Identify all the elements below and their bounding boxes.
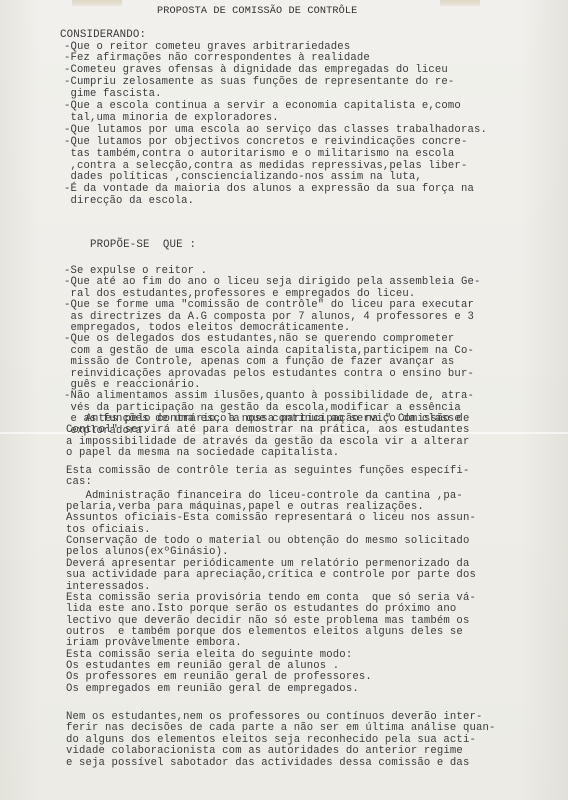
considerando-heading: CONSIDERANDO: [60,30,146,42]
text-line: -Cometeu graves ofensas à dignidade das … [64,65,448,77]
text-line: -Que a escola continua a servir a econom… [64,101,461,113]
propoe-heading: PROPÕE-SE QUE : [90,240,196,252]
text-line: -Cumpriu zelosamente as suas funções de … [64,77,454,89]
text-line: -Fez afirmações não correspondentes à re… [64,53,370,65]
text-line: o papel da mesma na sociedade capitalist… [66,448,339,460]
text-line: -É da vontade da maioria dos alunos a ex… [64,184,474,196]
text-line: -Que o reitor cometeu graves arbitraried… [64,42,350,54]
text-line: gime fascista. [64,89,162,101]
text-line: tal,uma minoria de exploradores. [64,113,279,125]
text-line: Os empregados em reunião geral de empreg… [66,684,359,696]
text-line: sua actividade para apreciação,crítica e… [66,570,476,582]
tape-mark-left [72,0,122,6]
document-title: PROPOSTA DE COMISSÃO DE CONTRÔLE [157,6,357,18]
tape-mark-right [440,0,480,6]
text-line: ,contra a selecção,contra as medidas rep… [64,161,467,173]
text-line: tas também,contra o autoritarismo e o mi… [64,149,454,161]
text-line: direcção da escola. [64,196,194,208]
text-line: cas: [66,477,92,489]
text-line: e seja possível sabotador das actividade… [66,758,469,770]
text-line: -Que lutamos por objectivos concretos e … [64,137,467,149]
text-line: Esta comissão de contrôle teria as segui… [66,466,469,478]
text-line: -Que lutamos por uma escola ao serviço d… [64,125,487,137]
